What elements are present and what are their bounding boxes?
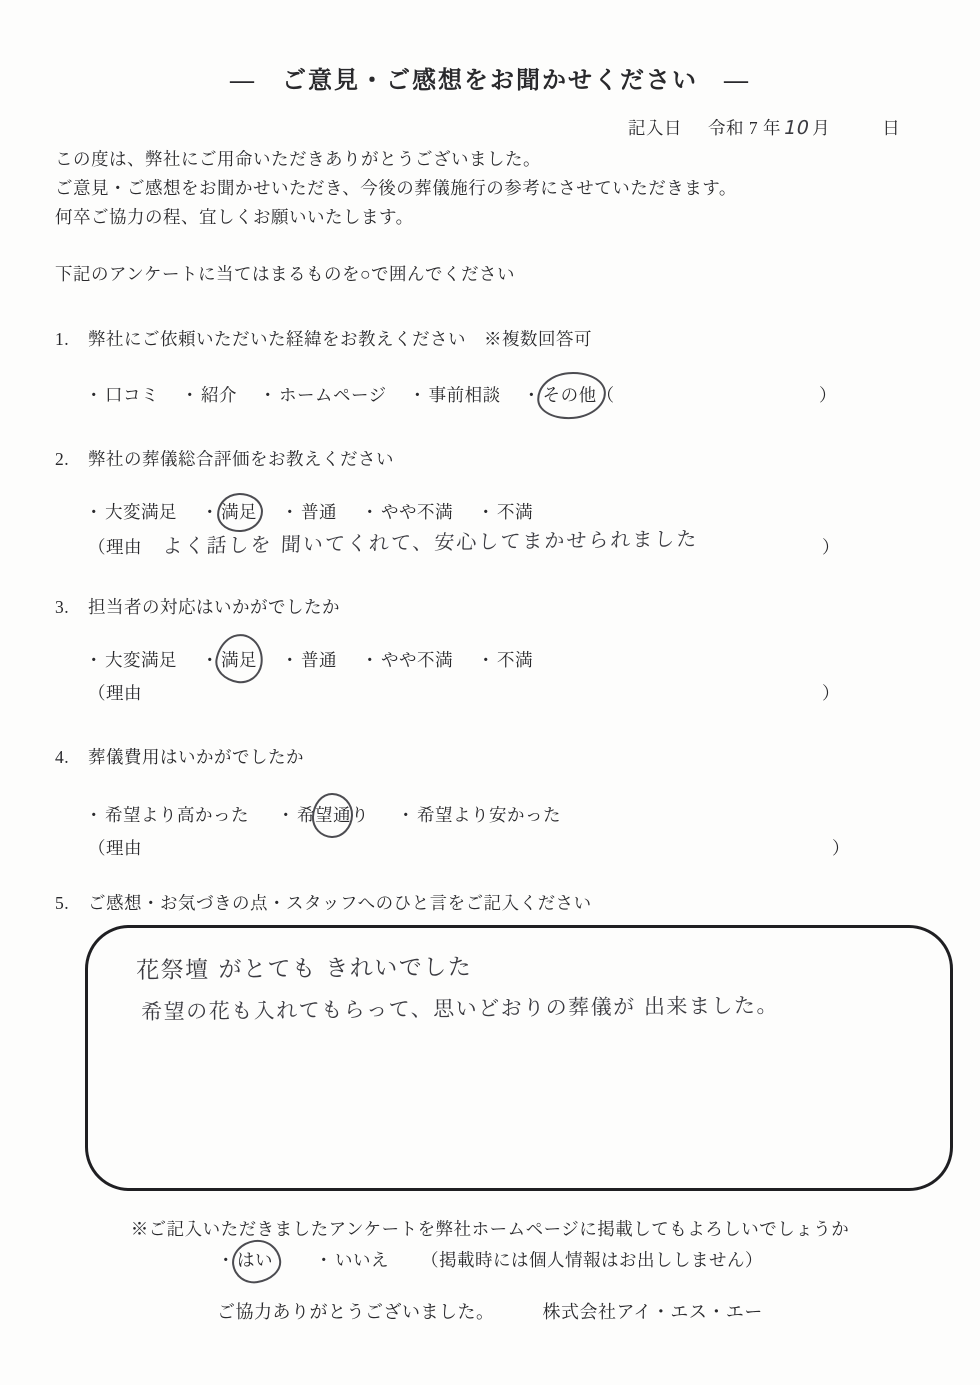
q1-close-paren: ） <box>819 382 837 407</box>
q3-reason-label: （理由 <box>88 680 142 705</box>
q2-reason-label: （理由 <box>88 534 142 559</box>
q3-option-manzoku-circled: ・満足 <box>201 647 257 672</box>
q1-other-open-paren: （ <box>597 385 615 405</box>
publish-option-iie: ・いいえ <box>315 1247 389 1272</box>
date-month-label: 月 <box>812 118 830 138</box>
q2-option-futsuu: ・普通 <box>281 499 337 524</box>
q4-reason-label: （理由 <box>88 835 142 860</box>
intro-line-2: ご意見・ご感想をお聞かせいただき、今後の葬儀施行の参考にさせていただきます。 <box>55 175 737 200</box>
publish-note: （掲載時には個人情報はお出ししません） <box>421 1247 763 1272</box>
comment-line-2: 希望の花も入れてもらって、思いどおりの葬儀が 出来ました。 <box>141 989 779 1026</box>
question-1-title: 1.弊社にご依頼いただいた経緯をお教えください ※複数回答可 <box>55 326 592 351</box>
date-line: 記入日令和 7 年10月日 <box>628 115 900 140</box>
question-4-options: ・希望より高かった ・希望通り ・希望より安かった <box>85 802 561 827</box>
question-2-options: ・大変満足 ・満足 ・普通 ・やや不満 ・不満 <box>85 499 533 524</box>
bullet: ・ <box>361 502 379 522</box>
bullet: ・ <box>281 502 299 522</box>
q2-option-taihen-manzoku: ・大変満足 <box>85 499 177 524</box>
handwritten-circle-publish: はい <box>237 1247 273 1272</box>
bullet: ・ <box>409 385 427 405</box>
date-month-handwritten: 10 <box>782 117 812 139</box>
form-title: ― ご意見・ご感想をお聞かせください ― <box>0 60 980 95</box>
handwritten-circle-q2: 満足 <box>221 499 257 524</box>
publish-options: ・はい ・いいえ （掲載時には個人情報はお出ししません） <box>0 1247 980 1272</box>
bullet: ・ <box>85 805 103 825</box>
bullet: ・ <box>217 1250 235 1270</box>
bullet: ・ <box>201 502 219 522</box>
question-4-number: 4. <box>55 747 88 768</box>
q2-option-fuman: ・不満 <box>477 499 533 524</box>
handwritten-circle-q3: 満足 <box>221 647 257 672</box>
question-3-number: 3. <box>55 597 88 618</box>
q3-option-fuman: ・不満 <box>477 647 533 672</box>
q4-option-kibou-doori-circled: ・希望通り <box>277 802 369 827</box>
q1-option-sonota-circled: ・その他（ <box>523 382 615 407</box>
handwritten-circle-q4: 希望通り <box>297 802 369 827</box>
intro-line-1: この度は、弊社にご用命いただきありがとうございました。 <box>55 146 541 171</box>
q2-option-yaya-fuman: ・やや不満 <box>361 499 453 524</box>
bullet: ・ <box>281 650 299 670</box>
q3-option-yaya-fuman: ・やや不満 <box>361 647 453 672</box>
question-3-title: 3.担当者の対応はいかがでしたか <box>55 594 340 619</box>
q4-reason-close-paren: ） <box>832 835 850 860</box>
bullet: ・ <box>523 385 541 405</box>
intro-line-3: 何卒ご協力の程、宜しくお願いいたします。 <box>55 204 414 229</box>
question-2-title: 2.弊社の葬儀総合評価をお教えください <box>55 446 394 471</box>
bullet: ・ <box>201 650 219 670</box>
bullet: ・ <box>361 650 379 670</box>
q3-option-taihen-manzoku: ・大変満足 <box>85 647 177 672</box>
bullet: ・ <box>259 385 277 405</box>
q1-option-homepage: ・ホームページ <box>259 382 387 407</box>
bullet: ・ <box>85 502 103 522</box>
q3-option-futsuu: ・普通 <box>281 647 337 672</box>
bullet: ・ <box>85 385 103 405</box>
date-day-label: 日 <box>882 118 900 138</box>
bullet: ・ <box>397 805 415 825</box>
handwritten-circle-q1: その他 <box>543 382 597 407</box>
q4-option-takakatta: ・希望より高かった <box>85 802 249 827</box>
bullet: ・ <box>277 805 295 825</box>
comment-box: 花祭壇 がとても きれいでした 希望の花も入れてもらって、思いどおりの葬儀が 出… <box>85 925 953 1191</box>
survey-form: ― ご意見・ご感想をお聞かせください ― 記入日令和 7 年10月日 この度は、… <box>0 0 980 1385</box>
question-2-number: 2. <box>55 449 88 470</box>
q1-option-jizen-soudan: ・事前相談 <box>409 382 501 407</box>
closing-line: ご協力ありがとうございました。 株式会社アイ・エス・エー <box>0 1298 980 1324</box>
q2-reason-handwriting: よく話しを 聞いてくれて、安心してまかせられました <box>162 522 699 559</box>
question-5-number: 5. <box>55 893 88 914</box>
question-1-number: 1. <box>55 329 88 350</box>
q1-option-kuchikomi: ・口コミ <box>85 382 159 407</box>
question-4-reason: （理由 ） <box>88 835 850 860</box>
instruction-line: 下記のアンケートに当てはまるものを○で囲んでください <box>55 261 515 286</box>
q3-reason-close-paren: ） <box>822 680 840 705</box>
bullet: ・ <box>315 1250 333 1270</box>
question-5-title: 5.ご感想・お気づきの点・スタッフへのひと言をご記入ください <box>55 890 592 915</box>
thanks-message: ご協力ありがとうございました。 <box>217 1298 495 1324</box>
comment-line-1: 花祭壇 がとても きれいでした <box>136 948 472 985</box>
question-1-options: ・口コミ ・紹介 ・ホームページ ・事前相談 ・その他（ ） <box>85 382 837 407</box>
q4-option-yasukatta: ・希望より安かった <box>397 802 561 827</box>
date-label: 記入日 <box>628 118 682 138</box>
bullet: ・ <box>477 502 495 522</box>
date-era-year: 令和 7 年 <box>708 118 781 138</box>
question-3-reason: （理由 ） <box>88 680 840 705</box>
question-3-options: ・大変満足 ・満足 ・普通 ・やや不満 ・不満 <box>85 647 533 672</box>
q2-reason-close-paren: ） <box>822 534 840 559</box>
publish-option-hai-circled: ・はい <box>217 1247 273 1272</box>
question-4-title: 4.葬儀費用はいかがでしたか <box>55 744 304 769</box>
company-name: 株式会社アイ・エス・エー <box>543 1298 763 1324</box>
q1-option-shokai: ・紹介 <box>181 382 237 407</box>
bullet: ・ <box>181 385 199 405</box>
q2-option-manzoku-circled: ・満足 <box>201 499 257 524</box>
publish-question: ※ご記入いただきましたアンケートを弊社ホームページに掲載してもよろしいでしょうか <box>0 1216 980 1241</box>
bullet: ・ <box>477 650 495 670</box>
bullet: ・ <box>85 650 103 670</box>
question-2-reason: （理由 よく話しを 聞いてくれて、安心してまかせられました ） <box>88 530 840 559</box>
